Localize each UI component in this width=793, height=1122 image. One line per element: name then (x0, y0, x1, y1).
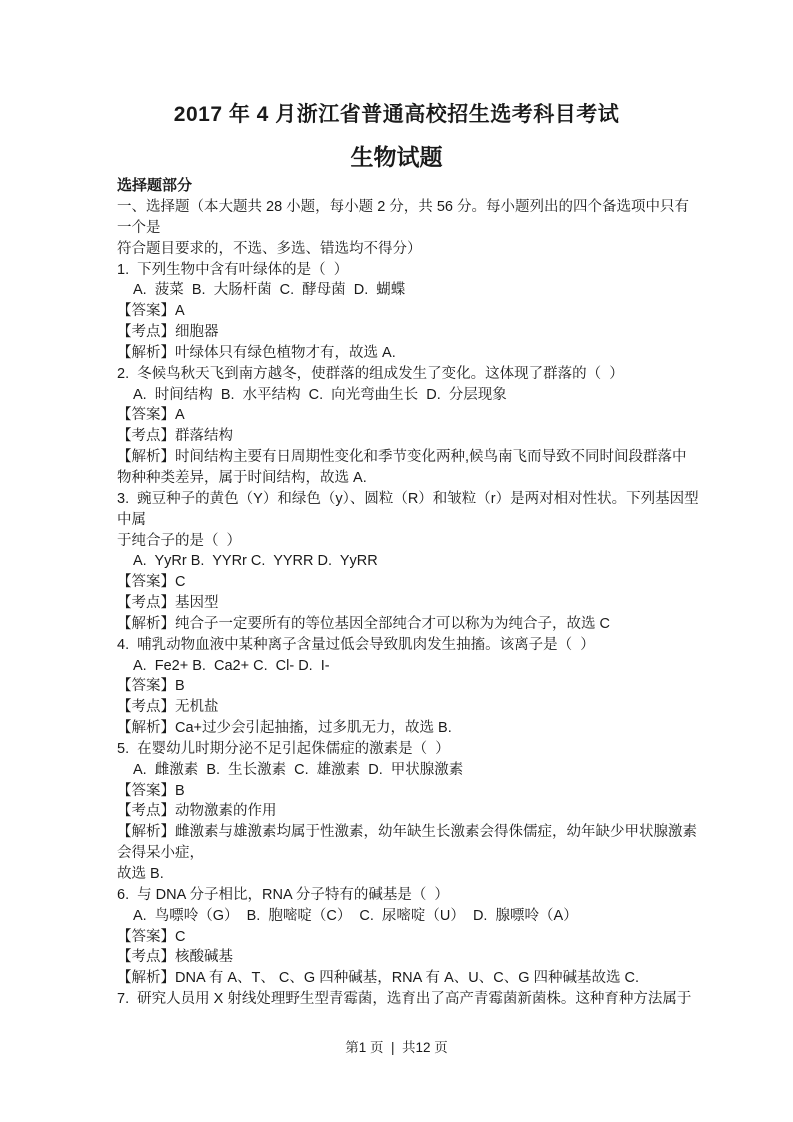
document-line: 一、选择题（本大题共 28 小题，每小题 2 分，共 56 分。每小题列出的四个… (117, 197, 717, 218)
document-line: 【答案】B (117, 781, 717, 802)
document-line: A. 鸟嘌呤（G） B. 胞嘧啶（C） C. 尿嘧啶（U） D. 腺嘌呤（A） (117, 906, 717, 927)
document-line: 【答案】B (117, 676, 717, 697)
document-line: 中属 (117, 510, 717, 531)
document-line: A. 时间结构 B. 水平结构 C. 向光弯曲生长 D. 分层现象 (117, 385, 717, 406)
document-line: 【考点】无机盐 (117, 697, 717, 718)
document-line: 【解析】纯合子一定要所有的等位基因全部纯合才可以称为为纯合子，故选 C (117, 614, 717, 635)
document-line: 【答案】C (117, 572, 717, 593)
document-line: A. 菠菜 B. 大肠杆菌 C. 酵母菌 D. 蝴蝶 (117, 280, 717, 301)
document-line: 【解析】叶绿体只有绿色植物才有，故选 A. (117, 343, 717, 364)
document-line: 【考点】基因型 (117, 593, 717, 614)
document-subtitle: 生物试题 (0, 139, 793, 172)
document-line: 一个是 (117, 218, 717, 239)
document-body: 选择题部分 一、选择题（本大题共 28 小题，每小题 2 分，共 56 分。每小… (117, 175, 717, 1010)
document-line: 【答案】A (117, 405, 717, 426)
document-line: 于纯合子的是（ ） (117, 531, 717, 552)
document-line: 【解析】雌激素与雄激素均属于性激素，幼年缺生长激素会得侏儒症，幼年缺少甲状腺激素 (117, 822, 717, 843)
document-line: 故选 B. (117, 864, 717, 885)
document-line: 物种种类差异，属于时间结构，故选 A. (117, 468, 717, 489)
exam-document-page: 2017 年 4 月浙江省普通高校招生选考科目考试 生物试题 选择题部分 一、选… (0, 0, 793, 1122)
document-lines: 一、选择题（本大题共 28 小题，每小题 2 分，共 56 分。每小题列出的四个… (117, 197, 717, 1010)
document-line: 【解析】DNA 有 A、T、 C、G 四种碱基，RNA 有 A、U、C、G 四种… (117, 968, 717, 989)
document-line: 2. 冬候鸟秋天飞到南方越冬，使群落的组成发生了变化。这体现了群落的（ ） (117, 364, 717, 385)
document-line: 【解析】Ca+过少会引起抽搐，过多肌无力，故选 B. (117, 718, 717, 739)
document-line: 7. 研究人员用 X 射线处理野生型青霉菌，选育出了高产青霉菌新菌株。这种育种方… (117, 989, 717, 1010)
document-line: A. 雌激素 B. 生长激素 C. 雄激素 D. 甲状腺激素 (117, 760, 717, 781)
document-line: 【考点】动物激素的作用 (117, 801, 717, 822)
document-line: 3. 豌豆种子的黄色（Y）和绿色（y）、圆粒（R）和皱粒（r）是两对相对性状。下… (117, 489, 717, 510)
document-line: 会得呆小症， (117, 843, 717, 864)
document-line: 【考点】核酸碱基 (117, 947, 717, 968)
document-line: 4. 哺乳动物血液中某种离子含量过低会导致肌肉发生抽搐。该离子是（ ） (117, 635, 717, 656)
page-number-indicator: 第1 页 | 共12 页 (0, 1036, 793, 1056)
document-line: 【解析】时间结构主要有日周期性变化和季节变化两种,候鸟南飞而导致不同时间段群落中 (117, 447, 717, 468)
document-line: 1. 下列生物中含有叶绿体的是（ ） (117, 260, 717, 281)
document-line: 【答案】C (117, 927, 717, 948)
document-line: A. Fe2+ B. Ca2+ C. Cl- D. I- (117, 656, 717, 677)
document-line: 【答案】A (117, 301, 717, 322)
document-title: 2017 年 4 月浙江省普通高校招生选考科目考试 (0, 98, 793, 128)
document-line: 【考点】细胞器 (117, 322, 717, 343)
document-line: 符合题目要求的，不选、多选、错选均不得分） (117, 239, 717, 260)
section-heading: 选择题部分 (117, 175, 717, 197)
document-line: 【考点】群落结构 (117, 426, 717, 447)
document-line: A. YyRr B. YYRr C. YYRR D. YyRR (117, 551, 717, 572)
document-line: 5. 在婴幼儿时期分泌不足引起侏儒症的激素是（ ） (117, 739, 717, 760)
document-line: 6. 与 DNA 分子相比，RNA 分子特有的碱基是（ ） (117, 885, 717, 906)
